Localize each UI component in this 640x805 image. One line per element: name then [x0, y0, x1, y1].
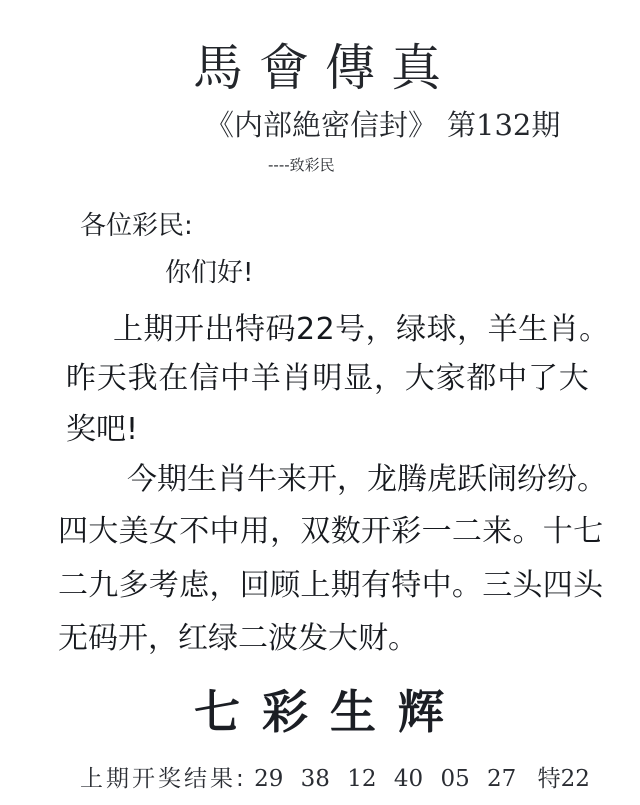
- special-number: 22: [561, 766, 590, 792]
- salutation: 各位彩民:: [80, 205, 193, 242]
- result-number: 29: [254, 766, 283, 792]
- body-line: 二九多考虑，回顾上期有特中。三头四头: [58, 560, 603, 604]
- body-line: 无码开，红绿二波发大财。: [58, 613, 418, 657]
- body-line: 昨天我在信中羊肖明显，大家都中了大: [66, 353, 590, 397]
- greeting: 你们好!: [165, 252, 253, 289]
- special-label: 特: [538, 766, 561, 792]
- addressee: ----致彩民: [268, 154, 335, 175]
- page-title: 馬會傳真: [0, 28, 640, 100]
- body-line: 奖吧!: [66, 404, 138, 448]
- subtitle: 《内部絶密信封》第132期: [205, 103, 560, 144]
- motto-heading: 七彩生辉: [0, 676, 640, 742]
- results-label: 上期开奖结果:: [80, 766, 247, 792]
- body-line: 四大美女不中用，双数开彩一二来。十七: [58, 506, 603, 550]
- result-number: 27: [487, 766, 516, 792]
- last-results: 上期开奖结果: 29 38 12 40 05 27 特22: [80, 760, 590, 793]
- result-number: 05: [440, 766, 469, 792]
- result-number: 12: [347, 766, 376, 792]
- body-line: 上期开出特码22号，绿球，羊生肖。: [113, 304, 610, 348]
- result-number: 38: [301, 766, 330, 792]
- issue-number: 第132期: [447, 108, 560, 142]
- body-line: 今期生肖牛来开，龙腾虎跃闹纷纷。: [127, 454, 607, 498]
- subtitle-bracketed: 《内部絶密信封》: [205, 108, 437, 142]
- result-number: 40: [394, 766, 423, 792]
